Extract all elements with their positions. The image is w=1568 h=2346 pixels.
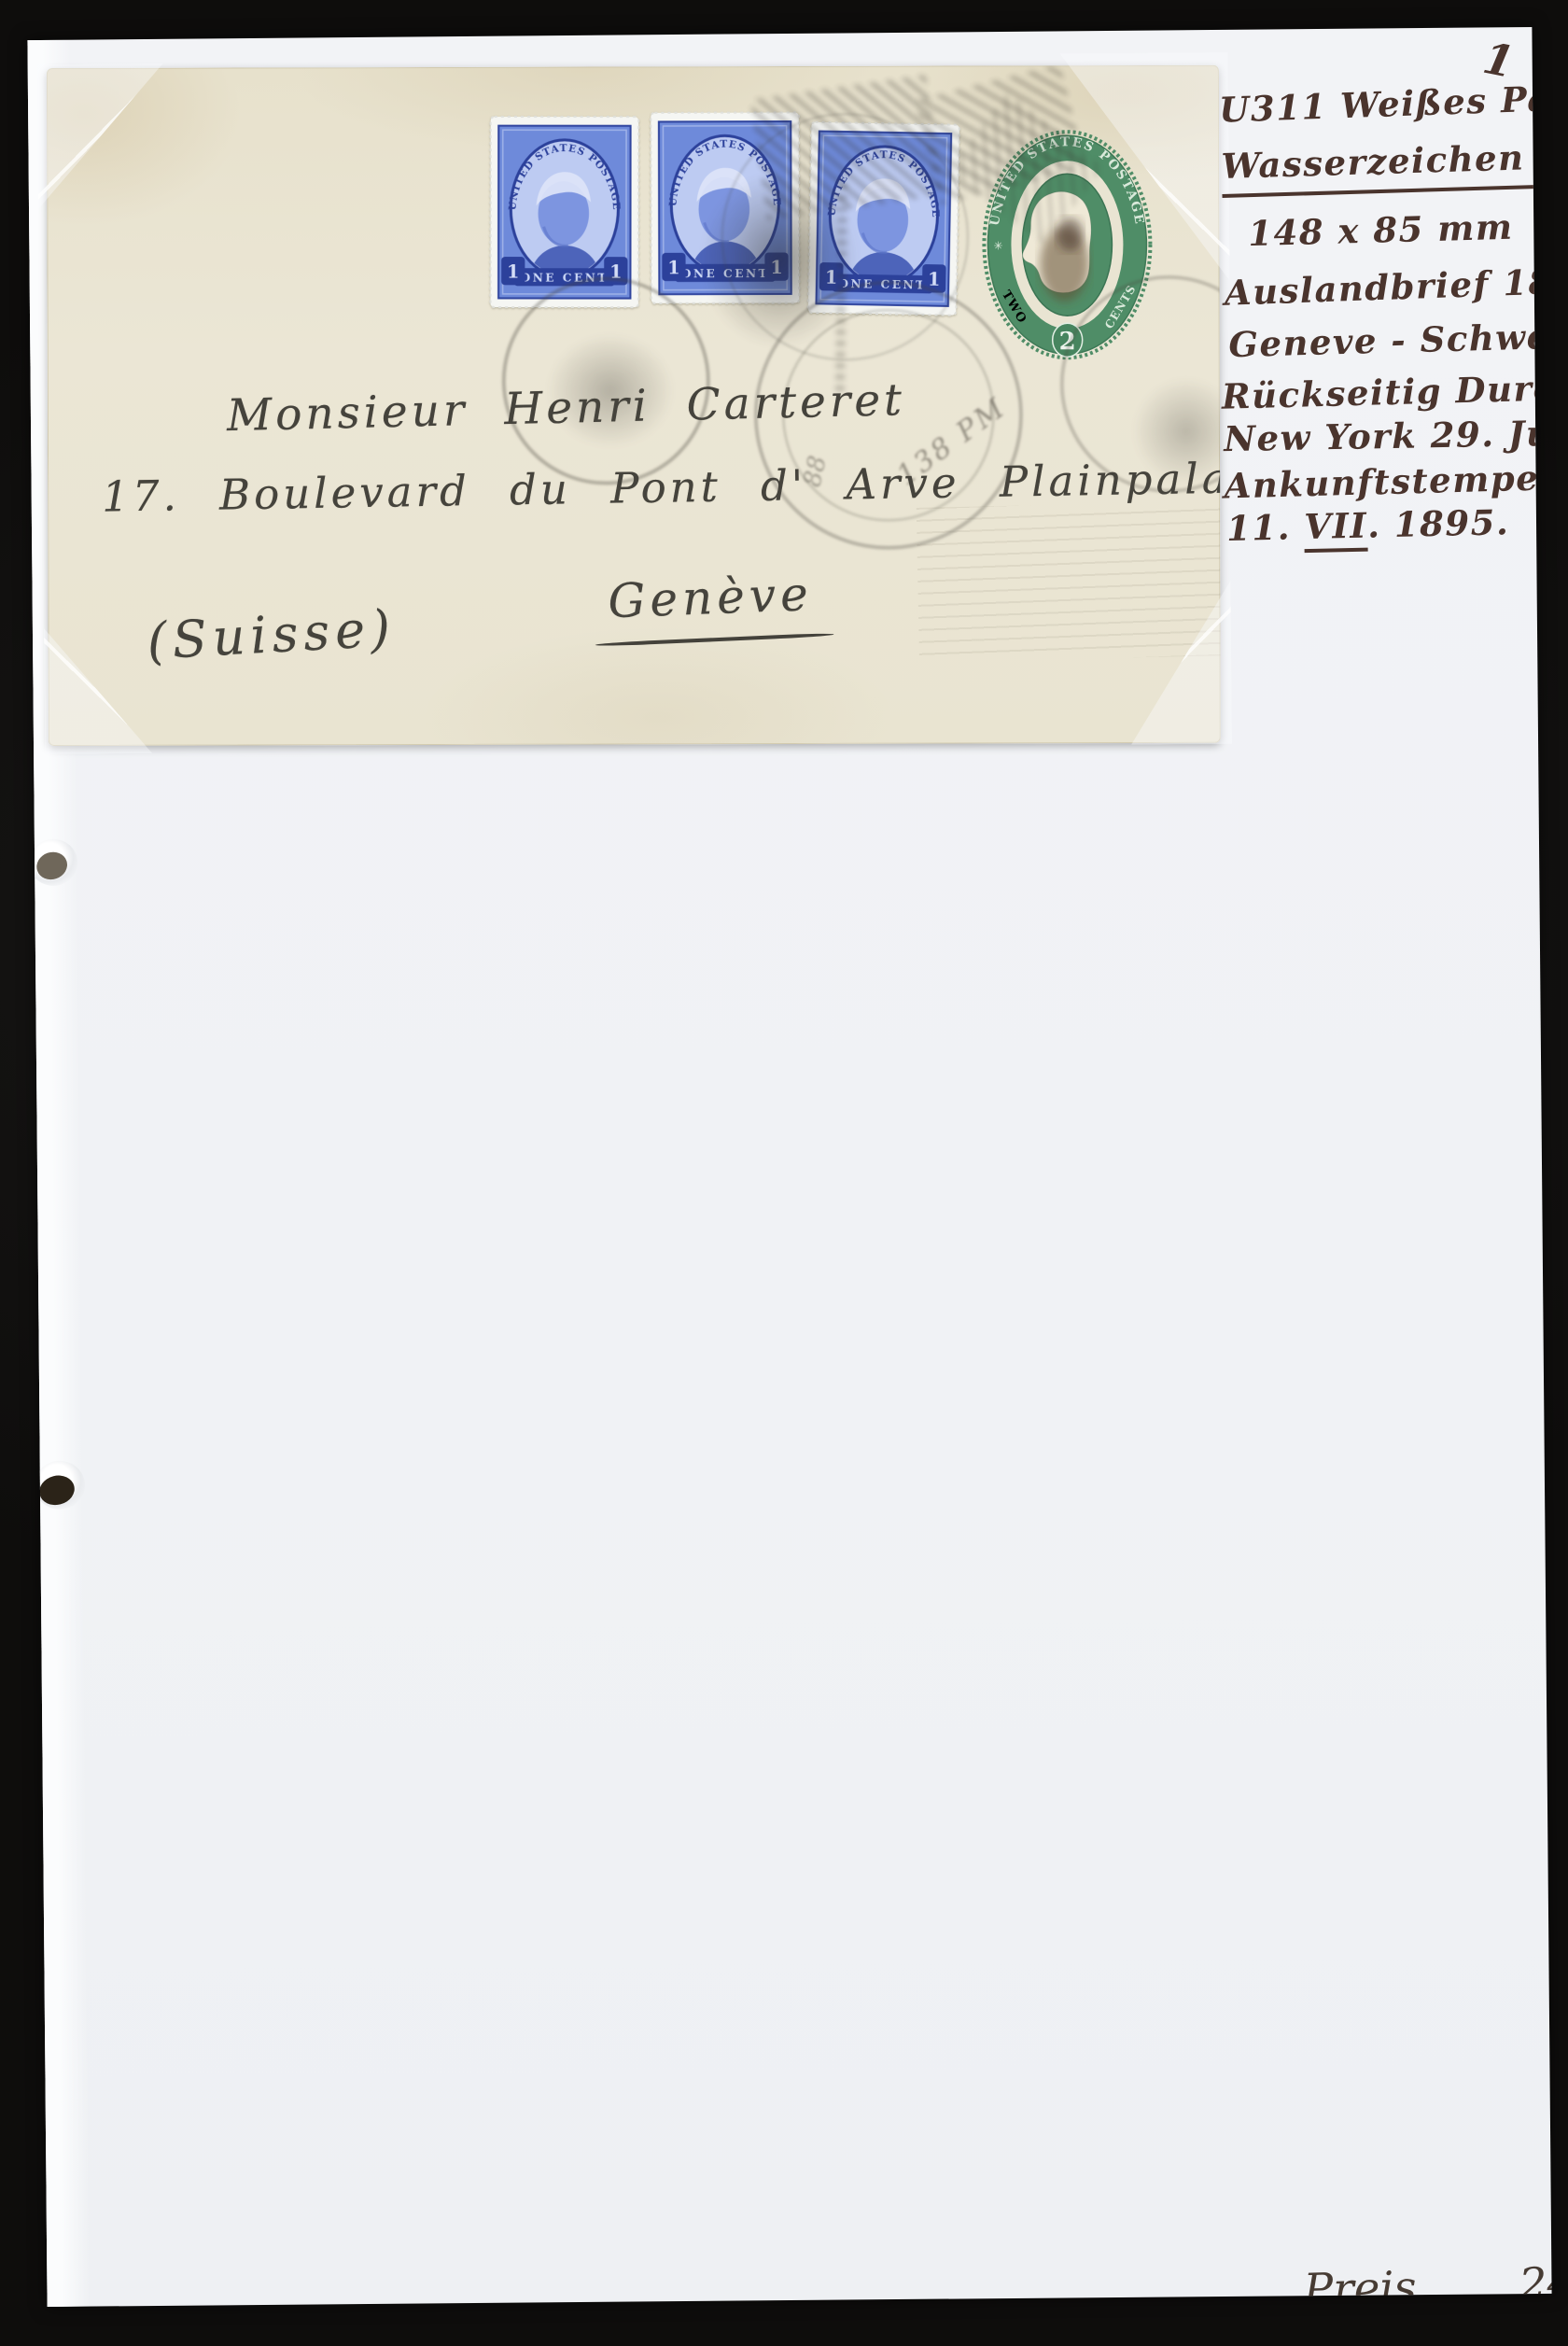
annotation-line-8: Ankunftstempel Geneve	[1224, 453, 1551, 507]
price-note: Preis 248	[1303, 2257, 1552, 2307]
annotation-line-2: Wasserzeichen 12	[1221, 134, 1552, 198]
punch-hole-bottom	[35, 1461, 85, 1510]
price-value: 248	[1519, 2257, 1552, 2307]
annotation-line-9: 11. VII. 1895.	[1226, 501, 1510, 549]
address-line-3: Genève	[607, 567, 813, 628]
annotation-line-7: New York 29. Jun 1895	[1224, 410, 1552, 459]
address-line-4: (Suisse)	[146, 598, 398, 671]
date-pre: 11.	[1226, 506, 1305, 549]
photo-backdrop: UNITED STATES POSTAGE ✳ TWO CENTS 2 138 …	[0, 0, 1568, 2346]
postmark-ring-4	[721, 112, 970, 361]
annotation-line-5: Geneve - Schweiz	[1228, 315, 1552, 365]
embossed-rosette: ✳	[993, 239, 1002, 252]
punch-hole-top	[29, 839, 77, 886]
price-label: Preis	[1303, 2262, 1417, 2307]
annotation-line-6: Rückseitig Durchgangsst	[1221, 362, 1551, 417]
annotation-line-3: 148 x 85 mm	[1248, 206, 1514, 254]
geneve-underline	[595, 633, 834, 647]
date-post: . 1895.	[1367, 501, 1510, 545]
annotation-line-4: Auslandbrief 1895 n	[1224, 258, 1551, 314]
album-page: UNITED STATES POSTAGE ✳ TWO CENTS 2 138 …	[27, 27, 1551, 2307]
envelope-cover: UNITED STATES POSTAGE ✳ TWO CENTS 2 138 …	[47, 65, 1221, 746]
date-roman: VII	[1304, 505, 1368, 554]
